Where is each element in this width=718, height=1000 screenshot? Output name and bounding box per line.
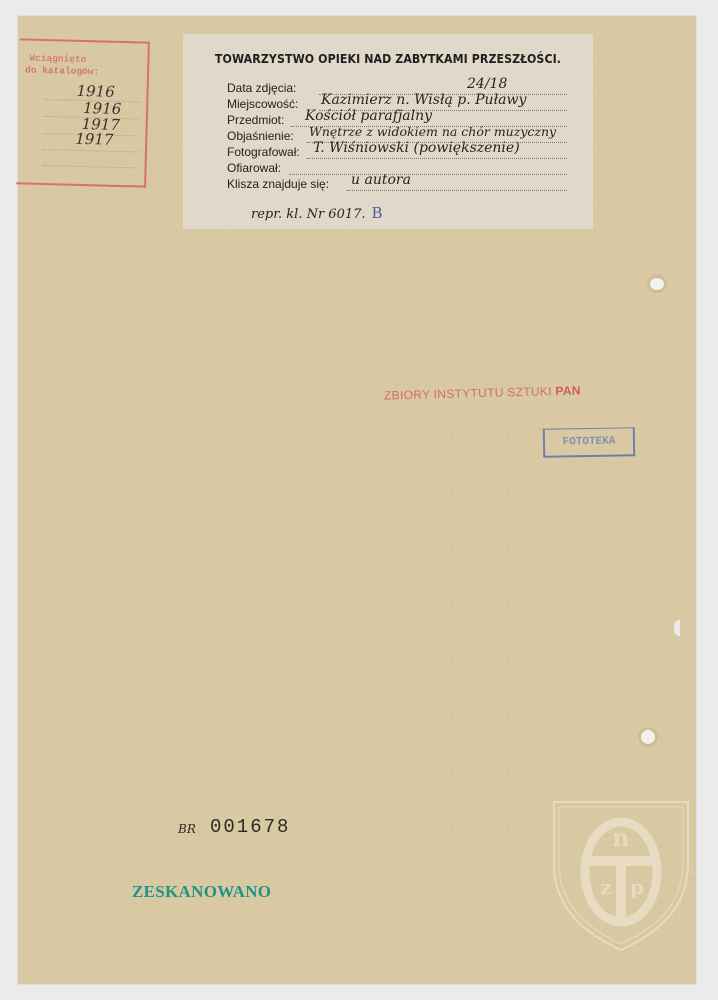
- catalog-red-stamp: Wciągnięto do katalogów: 1916 1916 1917 …: [16, 38, 150, 187]
- society-header: TOWARZYSTWO OPIEKI NAD ZABYTKAMI PRZESZŁ…: [208, 51, 569, 66]
- field-photographer: Fotografował: T. Wiśniowski (powiększeni…: [227, 145, 567, 161]
- location-value: Kazimierz n. Wisłą p. Puławy: [321, 92, 526, 108]
- catalog-year-4: 1917: [75, 130, 114, 149]
- catalog-year-1: 1916: [76, 82, 115, 101]
- stamp-title-line1: Wciągnięto: [29, 53, 86, 65]
- br-mark: BR: [178, 822, 196, 836]
- repr-mark: B: [372, 204, 383, 222]
- edge-notch: [674, 620, 680, 636]
- plate-location-value: u autora: [351, 172, 411, 188]
- svg-text:p: p: [630, 875, 644, 899]
- collection-stamp: ZBIORY INSTYTUTU SZTUKI PAN: [384, 383, 581, 402]
- punch-hole: [641, 730, 655, 744]
- photo-date-value: 24/18: [467, 76, 507, 92]
- scanned-stamp: ZESKANOWANO: [132, 882, 271, 902]
- fototeka-stamp: FOTOTEKA: [543, 427, 635, 458]
- punch-hole: [650, 278, 664, 290]
- field-plate-location: Klisza znajduje się: u autora: [227, 177, 567, 193]
- photographer-value: T. Wiśniowski (powiększenie): [313, 140, 520, 156]
- tonzp-shield-emblem-icon: n z p: [546, 794, 696, 954]
- stamp-title-line2: do katalogów:: [25, 64, 99, 77]
- svg-text:z: z: [600, 875, 611, 899]
- info-label: TOWARZYSTWO OPIEKI NAD ZABYTKAMI PRZESZŁ…: [183, 34, 593, 229]
- reproduction-note: repr. kl. Nr 6017.B: [251, 204, 383, 222]
- inventory-number: 001678: [210, 816, 290, 838]
- svg-text:n: n: [612, 823, 629, 852]
- subject-value: Kościół parafjalny: [305, 108, 432, 124]
- description-value: Wnętrze z widokiem na chór muzyczny: [309, 124, 556, 139]
- archive-card: Wciągnięto do katalogów: 1916 1916 1917 …: [18, 16, 696, 984]
